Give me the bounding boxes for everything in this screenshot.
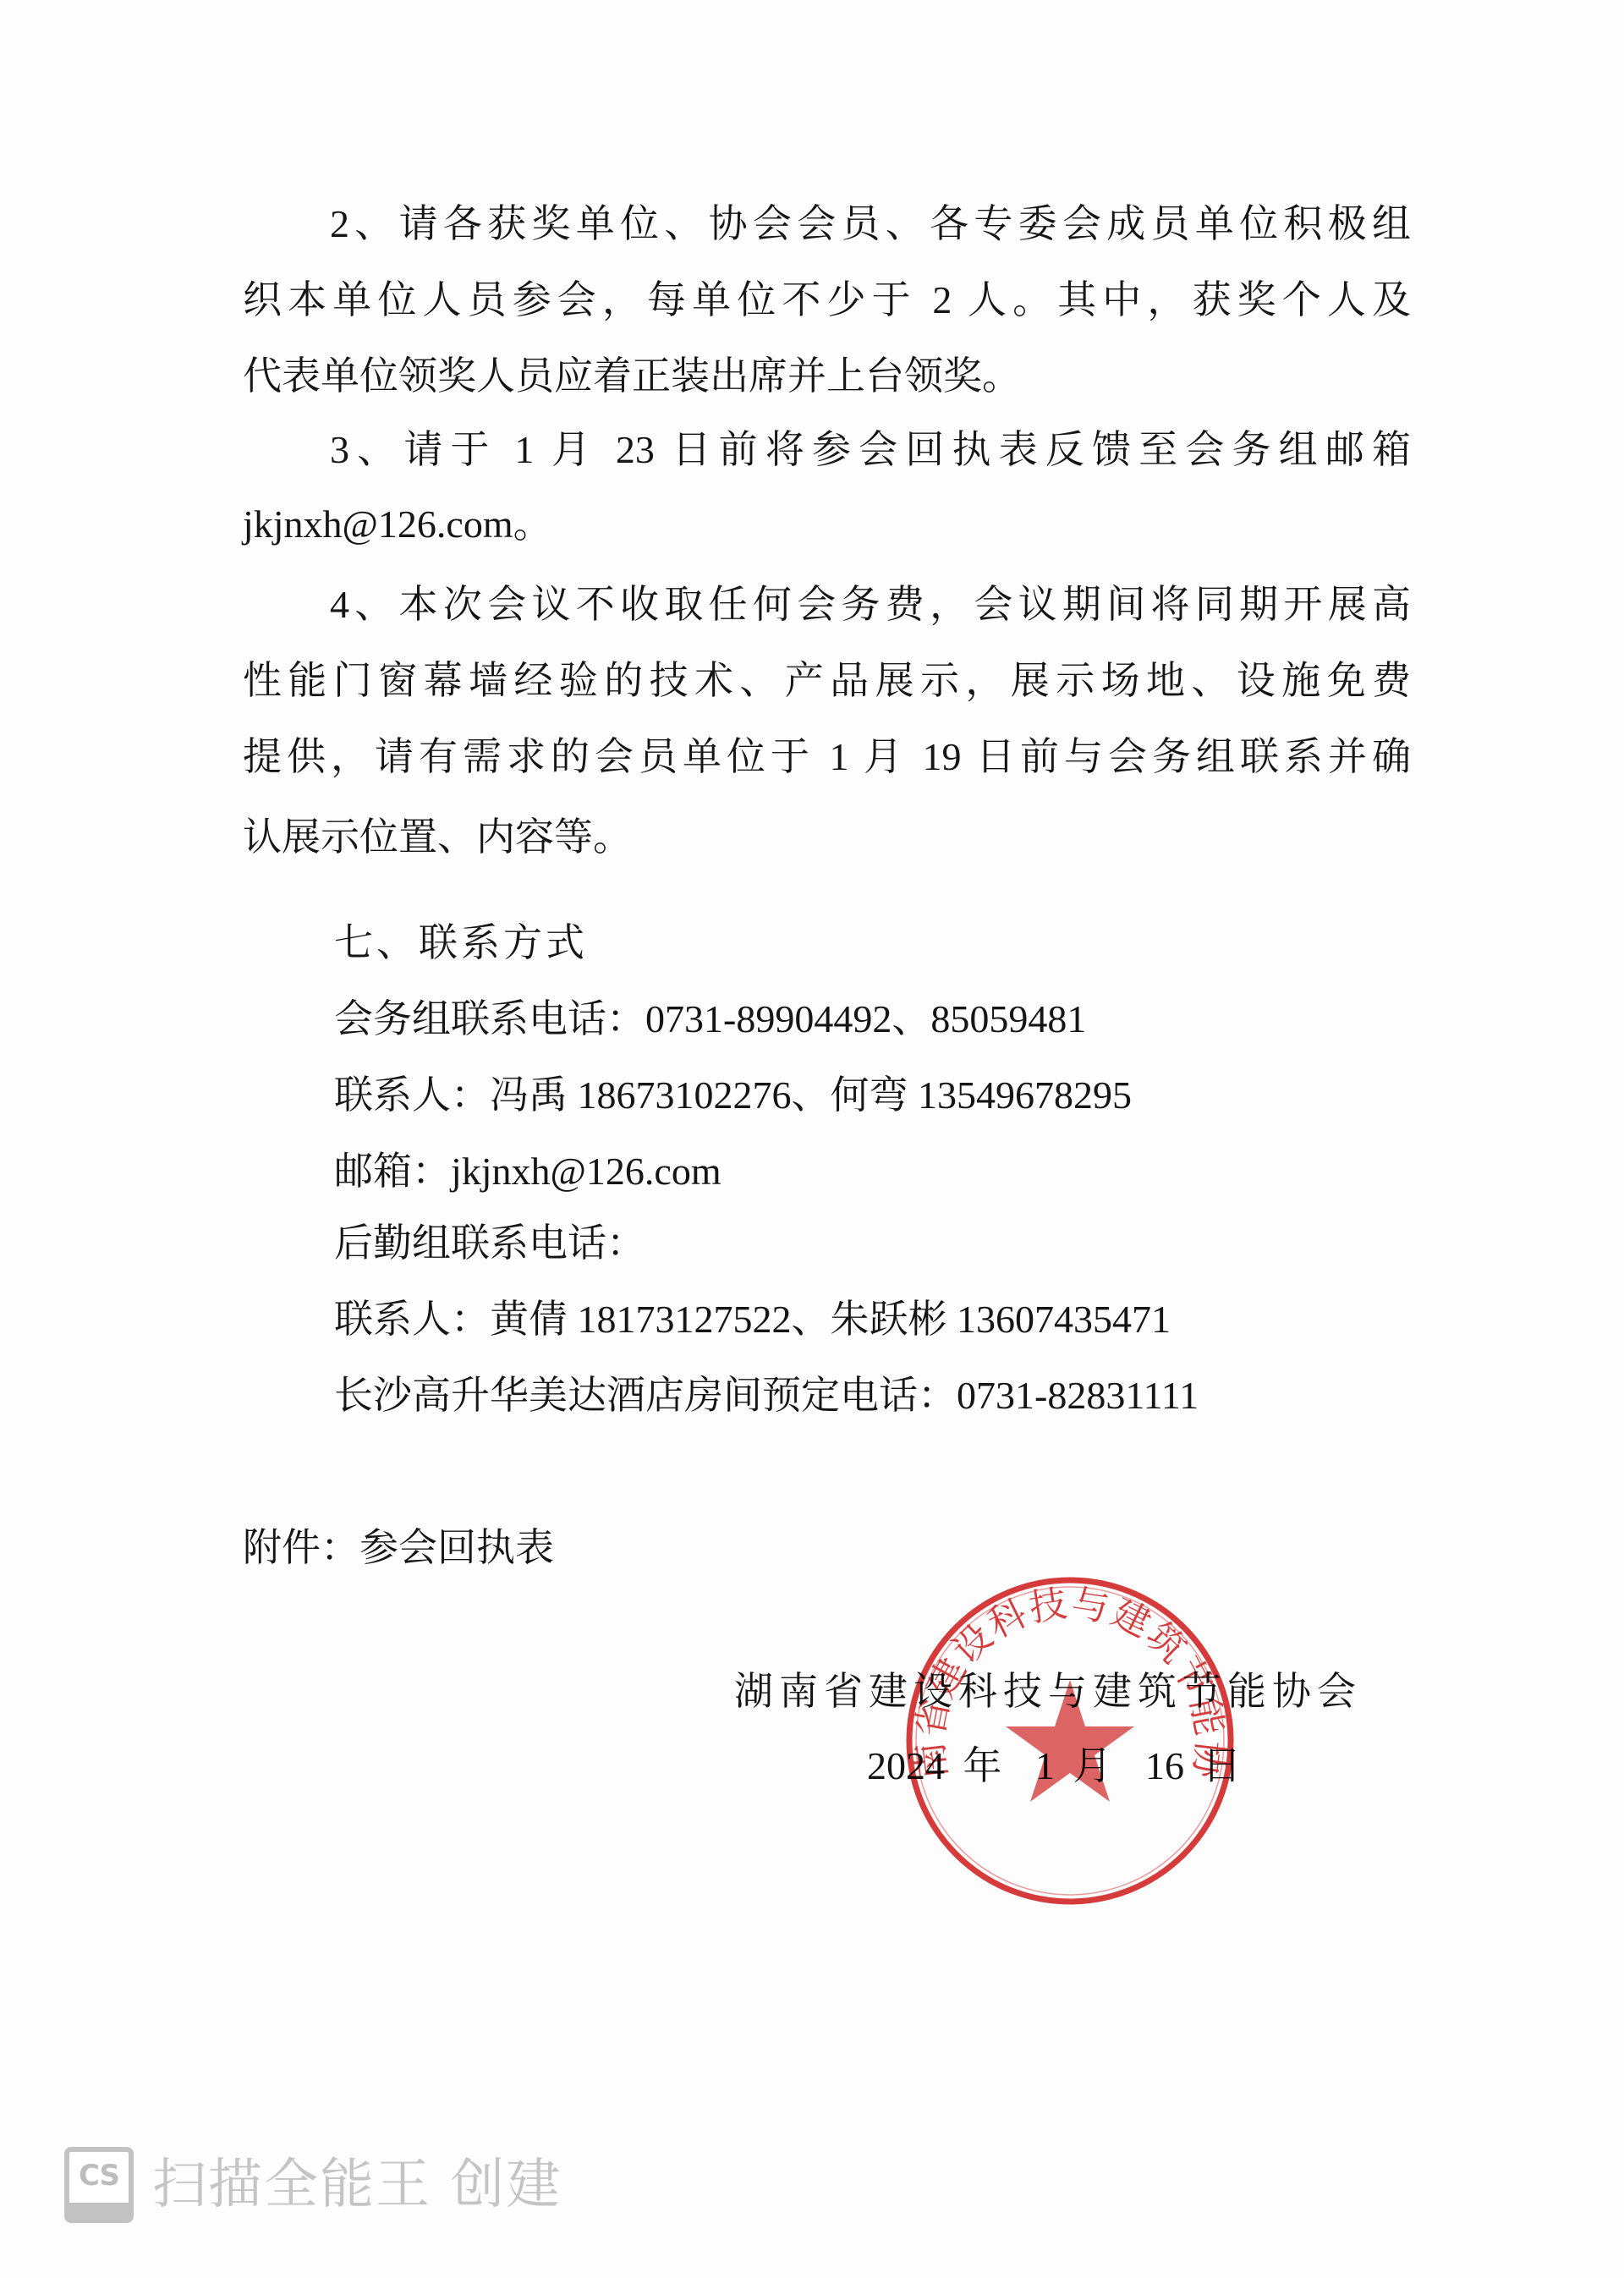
paragraph-2-line-3: 代表单位领奖人员应着正装出席并上台领奖。 <box>243 351 1021 402</box>
date-year-unit: 年 <box>963 1741 1002 1792</box>
document-page: 2、请各获奖单位、协会会员、各专委会成员单位积极组 织本单位人员参会，每单位不少… <box>0 0 1624 2278</box>
date-day-unit: 日 <box>1203 1741 1242 1792</box>
camscanner-logo-bar <box>69 2203 129 2218</box>
date-month-unit: 月 <box>1073 1741 1112 1792</box>
paragraph-4-line-4: 认展示位置、内容等。 <box>243 812 632 863</box>
watermark-text: 扫描全能王 创建 <box>152 2147 562 2223</box>
signature-organization: 湖南省建设科技与建筑节能协会 <box>734 1666 1356 1717</box>
contact-line-hotel-booking: 长沙高升华美达酒店房间预定电话：0731-82831111 <box>334 1370 1199 1421</box>
contact-line-meeting-persons: 联系人：冯禹 18673102276、何弯 13549678295 <box>334 1070 1132 1121</box>
contact-section-heading: 七、联系方式 <box>334 918 588 969</box>
date-year: 2024 <box>867 1741 945 1792</box>
paragraph-4-line-3: 提供，请有需求的会员单位于 1 月 19 日前与会务组联系并确 <box>243 732 1411 782</box>
paragraph-4-line-1: 4、本次会议不收取任何会务费，会议期间将同期开展高 <box>330 579 1411 630</box>
camscanner-logo-text: CS <box>69 2155 129 2196</box>
attachment-note: 附件：参会回执表 <box>243 1523 554 1573</box>
paragraph-3-line-2-email: jkjnxh@126.com。 <box>243 499 552 550</box>
scanner-watermark: CS 扫描全能王 创建 <box>64 2147 562 2223</box>
signature-date: 2024 年 1 月 16 日 <box>867 1741 1232 1792</box>
camscanner-logo-icon: CS <box>64 2147 134 2223</box>
paragraph-4-line-2: 性能门窗幕墙经验的技术、产品展示，展示场地、设施免费 <box>243 656 1411 706</box>
date-day: 16 <box>1145 1741 1184 1792</box>
paragraph-2-line-1: 2、请各获奖单位、协会会员、各专委会成员单位积极组 <box>330 199 1411 250</box>
contact-line-logistics-phone: 后勤组联系电话： <box>334 1218 645 1269</box>
date-month: 1 <box>1035 1741 1055 1792</box>
contact-line-email: 邮箱：jkjnxh@126.com <box>334 1146 721 1197</box>
paragraph-2-line-2: 织本单位人员参会，每单位不少于 2 人。其中，获奖个人及 <box>243 275 1411 326</box>
paragraph-3-line-1: 3、请于 1 月 23 日前将参会回执表反馈至会务组邮箱 <box>330 425 1411 475</box>
contact-line-meeting-phone: 会务组联系电话：0731-89904492、85059481 <box>334 994 1086 1045</box>
contact-line-logistics-persons: 联系人：黄倩 18173127522、朱跃彬 13607435471 <box>334 1294 1171 1345</box>
